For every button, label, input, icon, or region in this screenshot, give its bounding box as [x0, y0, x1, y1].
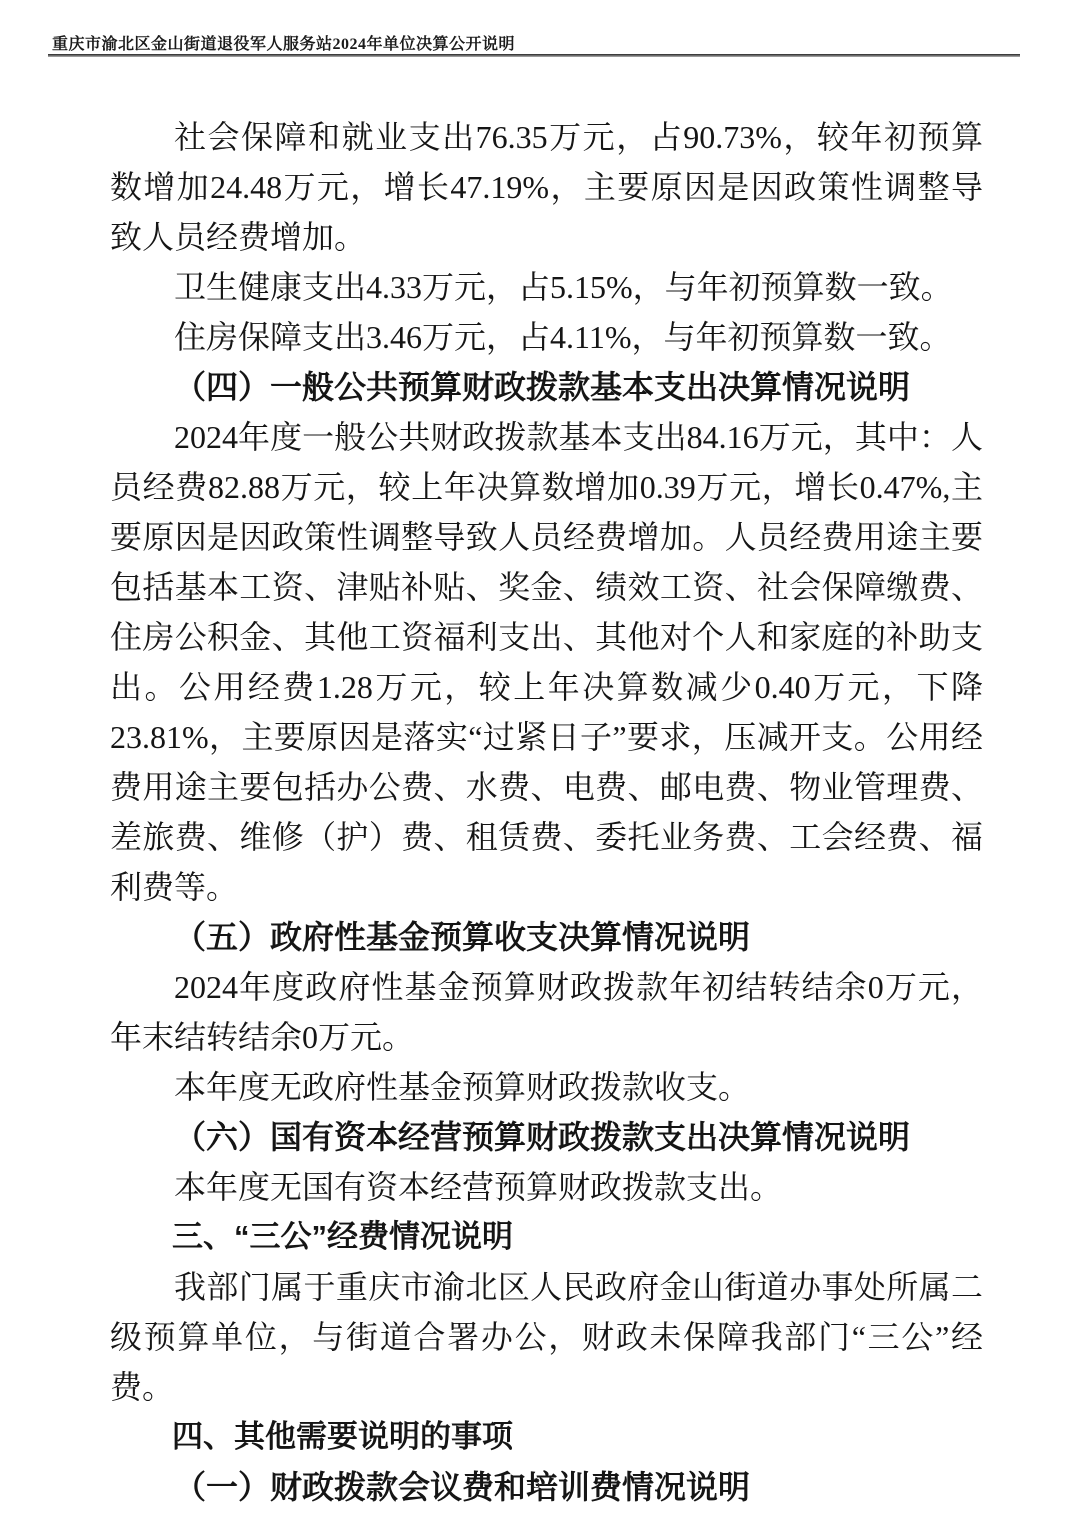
page-number: -3-	[0, 1476, 1074, 1493]
header-divider	[48, 54, 1020, 57]
section-heading: （五）政府性基金预算收支决算情况说明	[110, 912, 983, 962]
paragraph: 2024年度一般公共财政拨款基本支出84.16万元，其中：人员经费82.88万元…	[110, 412, 983, 912]
section-heading: 三、“三公”经费情况说明	[110, 1212, 983, 1262]
paragraph: 2024年度政府性基金预算财政拨款年初结转结余0万元，年末结转结余0万元。	[110, 962, 983, 1062]
section-heading: （四）一般公共预算财政拨款基本支出决算情况说明	[110, 362, 983, 412]
section-heading: 四、其他需要说明的事项	[110, 1412, 983, 1462]
paragraph: 社会保障和就业支出76.35万元，占90.73%，较年初预算数增加24.48万元…	[110, 112, 983, 262]
paragraph: 我部门属于重庆市渝北区人民政府金山街道办事处所属二级预算单位，与街道合署办公，财…	[110, 1262, 983, 1412]
document-page: 重庆市渝北区金山街道退役军人服务站2024年单位决算公开说明 社会保障和就业支出…	[0, 0, 1074, 1520]
document-body: 社会保障和就业支出76.35万元，占90.73%，较年初预算数增加24.48万元…	[110, 112, 983, 1512]
paragraph: 卫生健康支出4.33万元，占5.15%，与年初预算数一致。	[110, 262, 983, 312]
paragraph: 本年度无政府性基金预算财政拨款收支。	[110, 1062, 983, 1112]
paragraph: 本年度无国有资本经营预算财政拨款支出。	[110, 1162, 983, 1212]
page-header-title: 重庆市渝北区金山街道退役军人服务站2024年单位决算公开说明	[52, 31, 515, 54]
section-heading: （六）国有资本经营预算财政拨款支出决算情况说明	[110, 1112, 983, 1162]
paragraph: 住房保障支出3.46万元，占4.11%，与年初预算数一致。	[110, 312, 983, 362]
